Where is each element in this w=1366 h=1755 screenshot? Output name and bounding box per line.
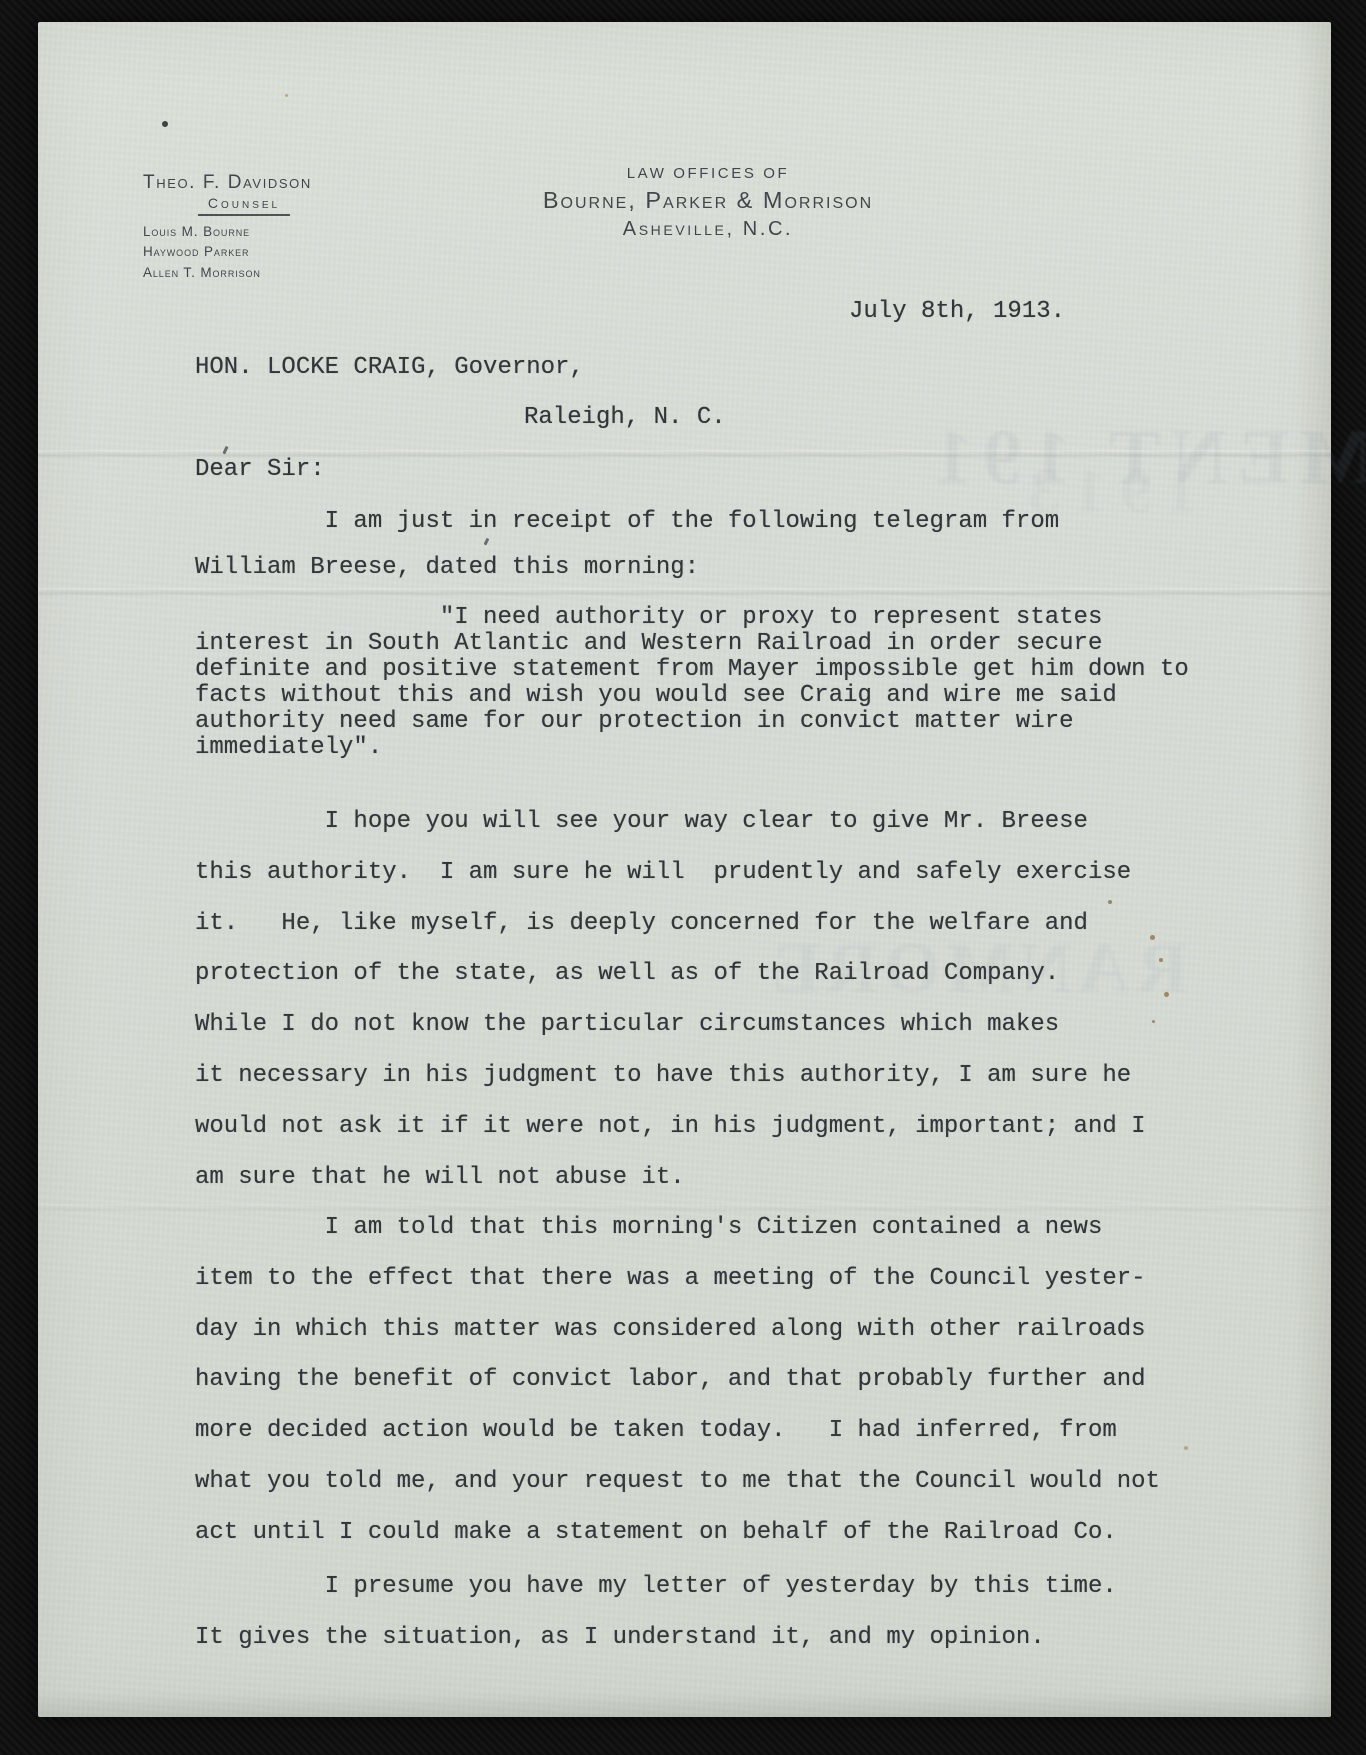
date-line: July 8th, 1913. — [849, 298, 1065, 326]
stray-mark — [222, 446, 228, 454]
letterhead-partner-name: Louis M. Bourne — [143, 222, 353, 243]
foxing-spot — [1159, 958, 1163, 962]
recipient-city-line: Raleigh, N. C. — [524, 404, 726, 432]
letterhead-firm-block: Law Offices of Bourne, Parker & Morrison… — [458, 164, 958, 242]
letterhead-rule — [198, 214, 290, 216]
salutation: Dear Sir: — [195, 456, 325, 484]
foxing-spot — [1150, 935, 1155, 940]
paper-edge-shading — [1295, 22, 1331, 1717]
body-paragraph-3: I am told that this morning's Citizen co… — [195, 1203, 1160, 1559]
foxing-spot — [1164, 992, 1169, 997]
scanned-letter-screenshot: { "letterhead": { "counsel_name": "Theo.… — [0, 0, 1366, 1755]
foxing-spot — [285, 94, 288, 97]
letterhead-counsel-title: Counsel — [143, 194, 345, 212]
letterhead-partner-name: Allen T. Morrison — [143, 263, 353, 284]
letterhead-counsel-name: Theo. F. Davidson — [143, 172, 353, 194]
letterhead-office-line: Law Offices of — [458, 164, 958, 183]
foxing-spot — [1184, 1446, 1188, 1450]
letterhead-firm-name: Bourne, Parker & Morrison — [458, 185, 958, 215]
telegram-block: "I need authority or proxy to represent … — [195, 605, 1189, 761]
recipient-line: HON. LOCKE CRAIG, Governor, — [195, 354, 584, 382]
letterhead-city: Asheville, N.C. — [458, 216, 958, 242]
body-paragraph-2: I hope you will see your way clear to gi… — [195, 797, 1146, 1203]
letterhead-partner-name: Haywood Parker — [143, 242, 353, 263]
body-paragraph-1: I am just in receipt of the following te… — [195, 499, 1059, 591]
foxing-spot — [1152, 1020, 1155, 1023]
letterhead-counsel-block: Theo. F. Davidson Counsel Louis M. Bourn… — [143, 172, 353, 283]
paper: MENT 191 1913 RANMORE Theo. F. Davidson … — [38, 22, 1331, 1717]
ink-speck — [162, 121, 168, 127]
paper-edge-shading — [38, 1691, 1331, 1717]
body-paragraph-4: I presume you have my letter of yesterda… — [195, 1562, 1117, 1664]
